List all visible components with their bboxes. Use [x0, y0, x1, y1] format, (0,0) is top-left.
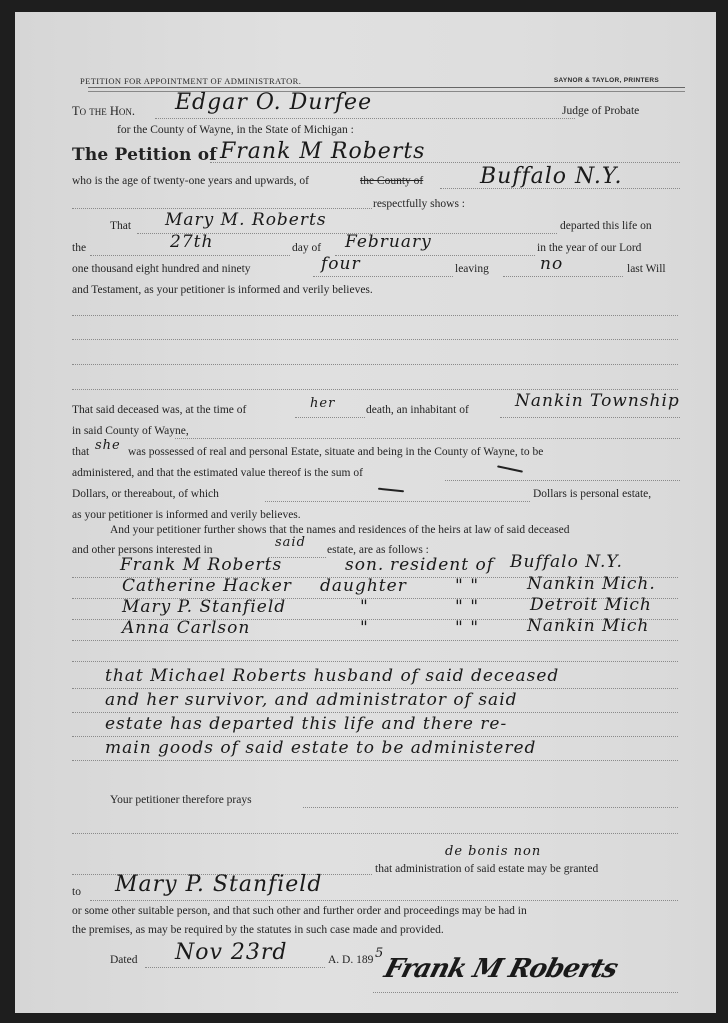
dated-label: Dated — [110, 954, 137, 966]
day-line — [90, 255, 290, 256]
heir-name: Catherine Hacker — [122, 576, 292, 596]
believes-line: as your petitioner is informed and veril… — [72, 509, 301, 521]
heir-relation: son. — [345, 555, 384, 575]
estimated-value-dash — [497, 465, 523, 472]
county-wayne-label: in said County of Wayne, — [72, 425, 189, 437]
heir-relation: " — [360, 597, 369, 617]
estate-note: estate has departed this life and there … — [105, 714, 507, 734]
interlineation: de bonis non — [445, 844, 541, 859]
shows-line — [72, 208, 372, 209]
petition-document: PETITION FOR APPOINTMENT OF ADMINISTRATO… — [15, 12, 716, 1013]
township-line — [500, 417, 680, 418]
personal-value-dash — [378, 488, 404, 493]
administrator-name: Mary P. Stanfield — [115, 872, 322, 897]
year-label: in the year of our Lord — [537, 242, 641, 254]
prays-line — [303, 807, 678, 808]
prays-label: Your petitioner therefore prays — [110, 794, 252, 806]
will-value: no — [540, 254, 563, 274]
printer-credit: SAYNOR & TAYLOR, PRINTERS — [554, 77, 659, 84]
deceased-time-label: That said deceased was, at the time of — [72, 404, 246, 416]
deceased-name: Mary M. Roberts — [165, 210, 327, 230]
suitable-line-1: or some other suitable person, and that … — [72, 905, 527, 917]
form-title: PETITION FOR APPOINTMENT OF ADMINISTRATO… — [80, 76, 301, 86]
notes-line-2 — [72, 712, 678, 713]
township-value: Nankin Township — [515, 391, 680, 411]
blank-line-3 — [72, 364, 678, 365]
estimated-value-label: administered, and that the estimated val… — [72, 467, 363, 479]
heir-resident: " " — [455, 597, 479, 617]
the-label: the — [72, 242, 86, 254]
county-wayne-line — [175, 438, 680, 439]
inhabitant-label: death, an inhabitant of — [366, 404, 469, 416]
blank-line-1 — [72, 315, 678, 316]
heirs-intro-1: And your petitioner further shows that t… — [110, 524, 570, 536]
personal-estate-label: Dollars is personal estate, — [533, 488, 651, 500]
judge-title: Judge of Probate — [562, 105, 639, 117]
year-prefix: one thousand eight hundred and ninety — [72, 263, 251, 275]
heir-name: Frank M Roberts — [120, 555, 282, 575]
notes-line-3 — [72, 736, 678, 737]
heir-resident: resident of — [390, 555, 494, 575]
possessed-line: was possessed of real and personal Estat… — [128, 446, 543, 458]
year-line — [313, 276, 453, 277]
year-digit: 5 — [375, 946, 384, 961]
that-label-2: that — [72, 446, 89, 458]
month-value: February — [345, 232, 432, 252]
notes-line-4 — [72, 760, 678, 761]
estate-note: that Michael Roberts husband of said dec… — [105, 666, 559, 686]
blank-line-4 — [72, 389, 678, 390]
suitable-line-2: the premises, as may be required by the … — [72, 924, 444, 936]
notes-line-1 — [72, 688, 678, 689]
signature-line — [373, 992, 678, 993]
struck-text: the County of — [360, 175, 423, 187]
date-line — [145, 967, 325, 968]
judge-line — [155, 118, 575, 119]
estate-note: main goods of said estate to be administ… — [105, 738, 536, 758]
county-line: for the County of Wayne, in the State of… — [117, 124, 354, 136]
heir-relation: " — [360, 618, 369, 638]
petitioner-residence: Buffalo N.Y. — [480, 164, 623, 189]
month-line — [335, 255, 535, 256]
heir-name: Anna Carlson — [122, 618, 250, 638]
dollars-label: Dollars, or thereabout, of which — [72, 488, 219, 500]
to-label-2: to — [72, 886, 81, 898]
departed-label: departed this life on — [560, 220, 652, 232]
pronoun-value: her — [310, 396, 335, 411]
administrator-line — [90, 900, 678, 901]
day-value: 27th — [170, 232, 213, 252]
last-will-label: last Will — [627, 263, 666, 275]
heir-place: Nankin Mich. — [527, 574, 656, 594]
leaving-label: leaving — [455, 263, 489, 275]
heir-place: Buffalo N.Y. — [510, 552, 623, 572]
testament-line: and Testament, as your petitioner is inf… — [72, 284, 373, 296]
estate-note: and her survivor, and administrator of s… — [105, 690, 518, 710]
heir-relation: daughter — [320, 576, 407, 596]
estimated-value-line — [445, 480, 680, 481]
heir-resident: " " — [455, 618, 479, 638]
heir-name: Mary P. Stanfield — [122, 597, 286, 617]
judge-name: Edgar O. Durfee — [175, 90, 372, 115]
pronoun2-value: she — [95, 438, 121, 453]
ad-label: A. D. 189 — [328, 954, 373, 966]
blank-line-2 — [72, 339, 678, 340]
personal-value-line — [265, 501, 530, 502]
to-label: To the Hon. — [72, 104, 135, 119]
heir-place: Detroit Mich — [530, 595, 652, 615]
petitioner-signature: Frank M Roberts — [381, 954, 620, 984]
day-of-label: day of — [292, 242, 321, 254]
year-value: four — [321, 254, 361, 274]
interested-value: said — [275, 535, 306, 550]
age-line: who is the age of twenty-one years and u… — [72, 175, 309, 187]
respectfully-shows: respectfully shows : — [373, 198, 465, 210]
will-line — [503, 276, 623, 277]
heir-place: Nankin Mich — [527, 616, 649, 636]
petitioner-name: Frank M Roberts — [220, 139, 425, 164]
date-value: Nov 23rd — [175, 940, 288, 965]
prays-line-2 — [72, 833, 678, 834]
that-label: That — [110, 220, 131, 232]
pronoun-line — [295, 417, 365, 418]
heir-resident: " " — [455, 576, 479, 596]
granted-label: that administration of said estate may b… — [375, 863, 598, 875]
heir-line-4 — [72, 640, 678, 641]
petition-heading: The Petition of — [72, 145, 217, 165]
notes-line-0 — [72, 661, 678, 662]
